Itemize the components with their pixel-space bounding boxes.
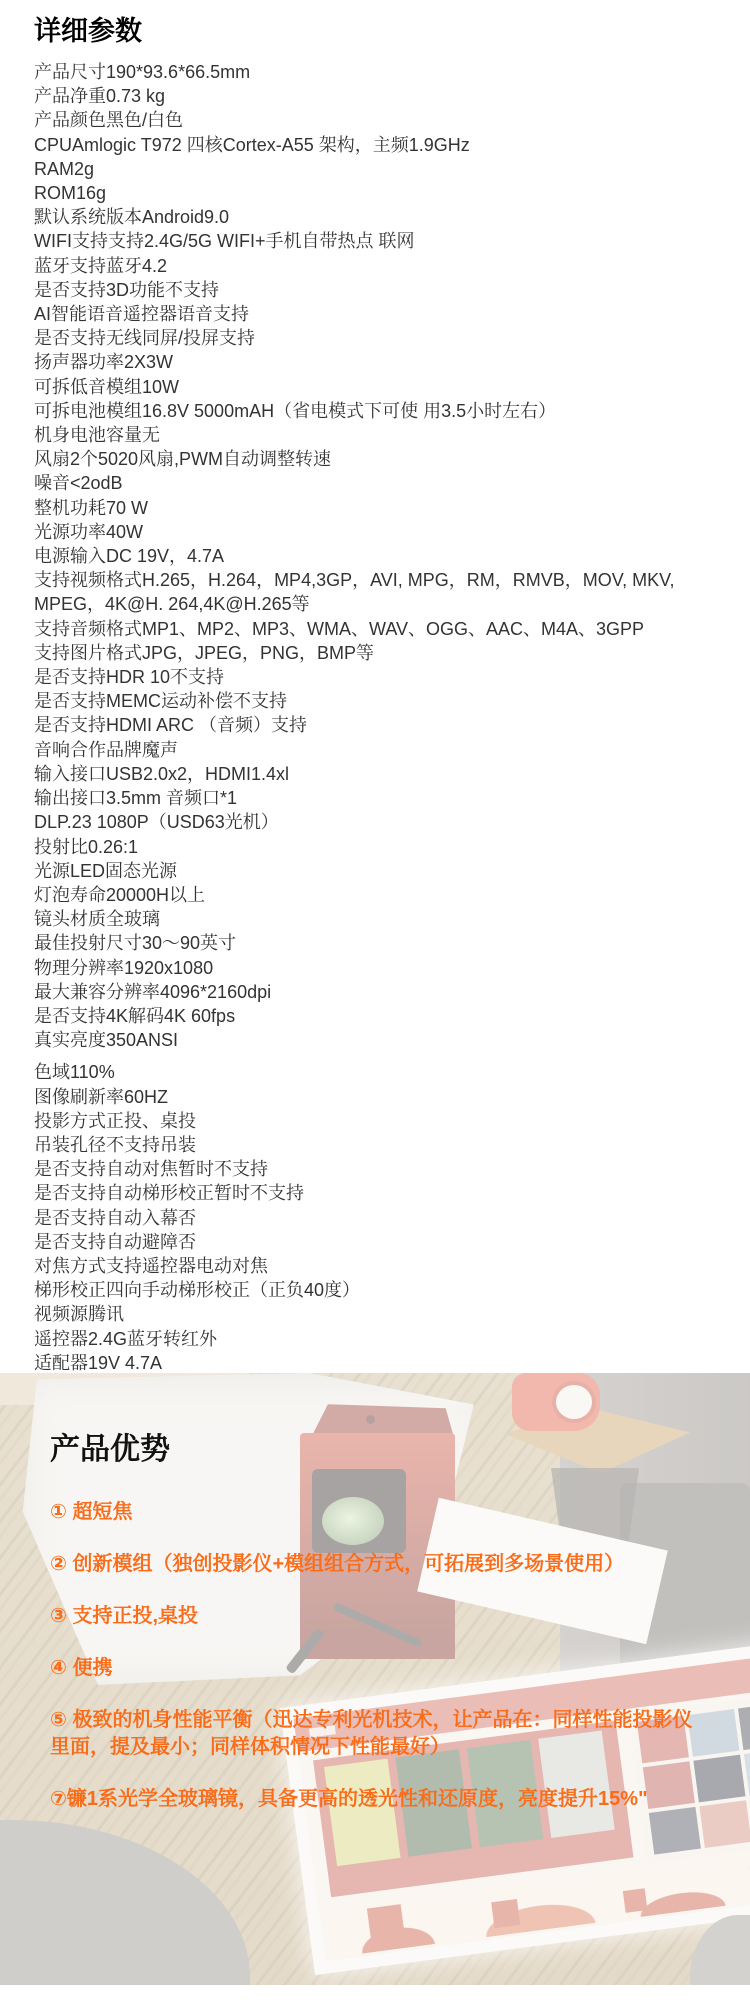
advantage-item: ④ 便携 bbox=[50, 1655, 706, 1682]
spec-line: 整机功耗70 W bbox=[34, 496, 732, 520]
spec-line: 是否支持无线同屏/投屏支持 bbox=[34, 326, 732, 350]
spec-line: 梯形校正四向手动梯形校正（正负40度） bbox=[34, 1278, 732, 1302]
spec-line: 真实亮度350ANSI bbox=[34, 1028, 732, 1052]
advantages-section: 产品优势 ① 超短焦② 创新模组（独创投影仪+模组组合方式，可拓展到多场景使用）… bbox=[0, 1373, 750, 1985]
spec-line: 是否支持自动避障否 bbox=[34, 1230, 732, 1254]
spec-line: 可拆低音模组10W bbox=[34, 375, 732, 399]
spec-line: ROM16g bbox=[34, 181, 732, 205]
spec-line: CPUAmlogic T972 四核Cortex-A55 架构，主频1.9GHz bbox=[34, 133, 732, 157]
spec-line: 是否支持3D功能不支持 bbox=[34, 278, 732, 302]
spec-line: 投射比0.26:1 bbox=[34, 835, 732, 859]
spec-section: 详细参数 产品尺寸190*93.6*66.5mm产品净重0.73 kg产品颜色黑… bbox=[0, 0, 750, 1375]
spec-line: 镜头材质全玻璃 bbox=[34, 907, 732, 931]
advantages-title: 产品优势 bbox=[50, 1431, 706, 1469]
spec-line: 输出接口3.5mm 音频口*1 bbox=[34, 786, 732, 810]
spec-list-block-1: 产品尺寸190*93.6*66.5mm产品净重0.73 kg产品颜色黑色/白色C… bbox=[34, 60, 732, 1052]
spec-line: AI智能语音遥控器语音支持 bbox=[34, 302, 732, 326]
spec-line: 噪音<2odB bbox=[34, 471, 732, 495]
spec-line: 适配器19V 4.7A bbox=[34, 1351, 732, 1375]
spec-line: 机身电池容量无 bbox=[34, 423, 732, 447]
advantage-item: ① 超短焦 bbox=[50, 1499, 706, 1526]
spec-line: 吊装孔径不支持吊装 bbox=[34, 1133, 732, 1157]
spec-list-block-2: 色域110%图像刷新率60HZ投影方式正投、桌投吊装孔径不支持吊装是否支持自动对… bbox=[34, 1060, 732, 1375]
spec-line: 产品颜色黑色/白色 bbox=[34, 108, 732, 132]
spec-line: 支持视频格式H.265，H.264，MP4,3GP，AVI, MPG，RM，RM… bbox=[34, 568, 732, 616]
spec-line: 视频源腾讯 bbox=[34, 1302, 732, 1326]
advantage-item: ③ 支持正投,桌投 bbox=[50, 1603, 706, 1630]
spec-line: 最大兼容分辨率4096*2160dpi bbox=[34, 980, 732, 1004]
spec-section-title: 详细参数 bbox=[34, 14, 732, 48]
advantages-list: ① 超短焦② 创新模组（独创投影仪+模组组合方式，可拓展到多场景使用）③ 支持正… bbox=[50, 1499, 706, 1813]
spec-line: 产品净重0.73 kg bbox=[34, 84, 732, 108]
spec-line: 是否支持MEMC运动补偿不支持 bbox=[34, 689, 732, 713]
spec-line: 支持音频格式MP1、MP2、MP3、WMA、WAV、OGG、AAC、M4A、3G… bbox=[34, 617, 732, 641]
spec-line: WIFI支持支持2.4G/5G WIFI+手机自带热点 联网 bbox=[34, 229, 732, 253]
spec-line: 是否支持自动入幕否 bbox=[34, 1206, 732, 1230]
spec-line: 是否支持4K解码4K 60fps bbox=[34, 1004, 732, 1028]
spec-line: 灯泡寿命20000H以上 bbox=[34, 883, 732, 907]
spec-line: 是否支持HDR 10不支持 bbox=[34, 665, 732, 689]
spec-line: 是否支持自动梯形校正暂时不支持 bbox=[34, 1181, 732, 1205]
advantage-item: ② 创新模组（独创投影仪+模组组合方式，可拓展到多场景使用） bbox=[50, 1551, 706, 1578]
spec-line: 支持图片格式JPG，JPEG，PNG，BMP等 bbox=[34, 641, 732, 665]
spec-line: 对焦方式支持遥控器电动对焦 bbox=[34, 1254, 732, 1278]
spec-line: 色域110% bbox=[34, 1060, 732, 1084]
spec-line: 光源LED固态光源 bbox=[34, 859, 732, 883]
spec-line: 电源输入DC 19V，4.7A bbox=[34, 544, 732, 568]
spec-line: 输入接口USB2.0x2，HDMI1.4xl bbox=[34, 762, 732, 786]
spec-line: 物理分辨率1920x1080 bbox=[34, 956, 732, 980]
advantage-item: ⑦镰1系光学全玻璃镜，具备更高的透光性和还原度，亮度提升15%" bbox=[50, 1786, 706, 1813]
spec-line: 最佳投射尺寸30〜90英寸 bbox=[34, 931, 732, 955]
spec-line: 产品尺寸190*93.6*66.5mm bbox=[34, 60, 732, 84]
spec-line: DLP.23 1080P（USD63光机） bbox=[34, 810, 732, 834]
spec-line: 风扇2个5020风扇,PWM自动调整转速 bbox=[34, 447, 732, 471]
spec-line: 蓝牙支持蓝牙4.2 bbox=[34, 254, 732, 278]
spec-line: 音响合作品牌魔声 bbox=[34, 738, 732, 762]
spec-line: 光源功率40W bbox=[34, 520, 732, 544]
advantages-content: 产品优势 ① 超短焦② 创新模组（独创投影仪+模组组合方式，可拓展到多场景使用）… bbox=[0, 1373, 750, 1985]
spec-line: 可拆电池模组16.8V 5000mAH（省电模式下可使 用3.5小时左右） bbox=[34, 399, 732, 423]
advantage-item: ⑤ 极致的机身性能平衡（迅达专利光机技术，让产品在：同样性能投影仪里面，提及最小… bbox=[50, 1707, 706, 1761]
spec-line: 默认系统版本Android9.0 bbox=[34, 205, 732, 229]
spec-line: 是否支持HDMI ARC （音频）支持 bbox=[34, 713, 732, 737]
spec-line: 投影方式正投、桌投 bbox=[34, 1109, 732, 1133]
spec-line: 扬声器功率2X3W bbox=[34, 350, 732, 374]
spec-line: 遥控器2.4G蓝牙转红外 bbox=[34, 1327, 732, 1351]
spec-line: 图像刷新率60HZ bbox=[34, 1085, 732, 1109]
spec-line: 是否支持自动对焦暂时不支持 bbox=[34, 1157, 732, 1181]
spec-line: RAM2g bbox=[34, 157, 732, 181]
